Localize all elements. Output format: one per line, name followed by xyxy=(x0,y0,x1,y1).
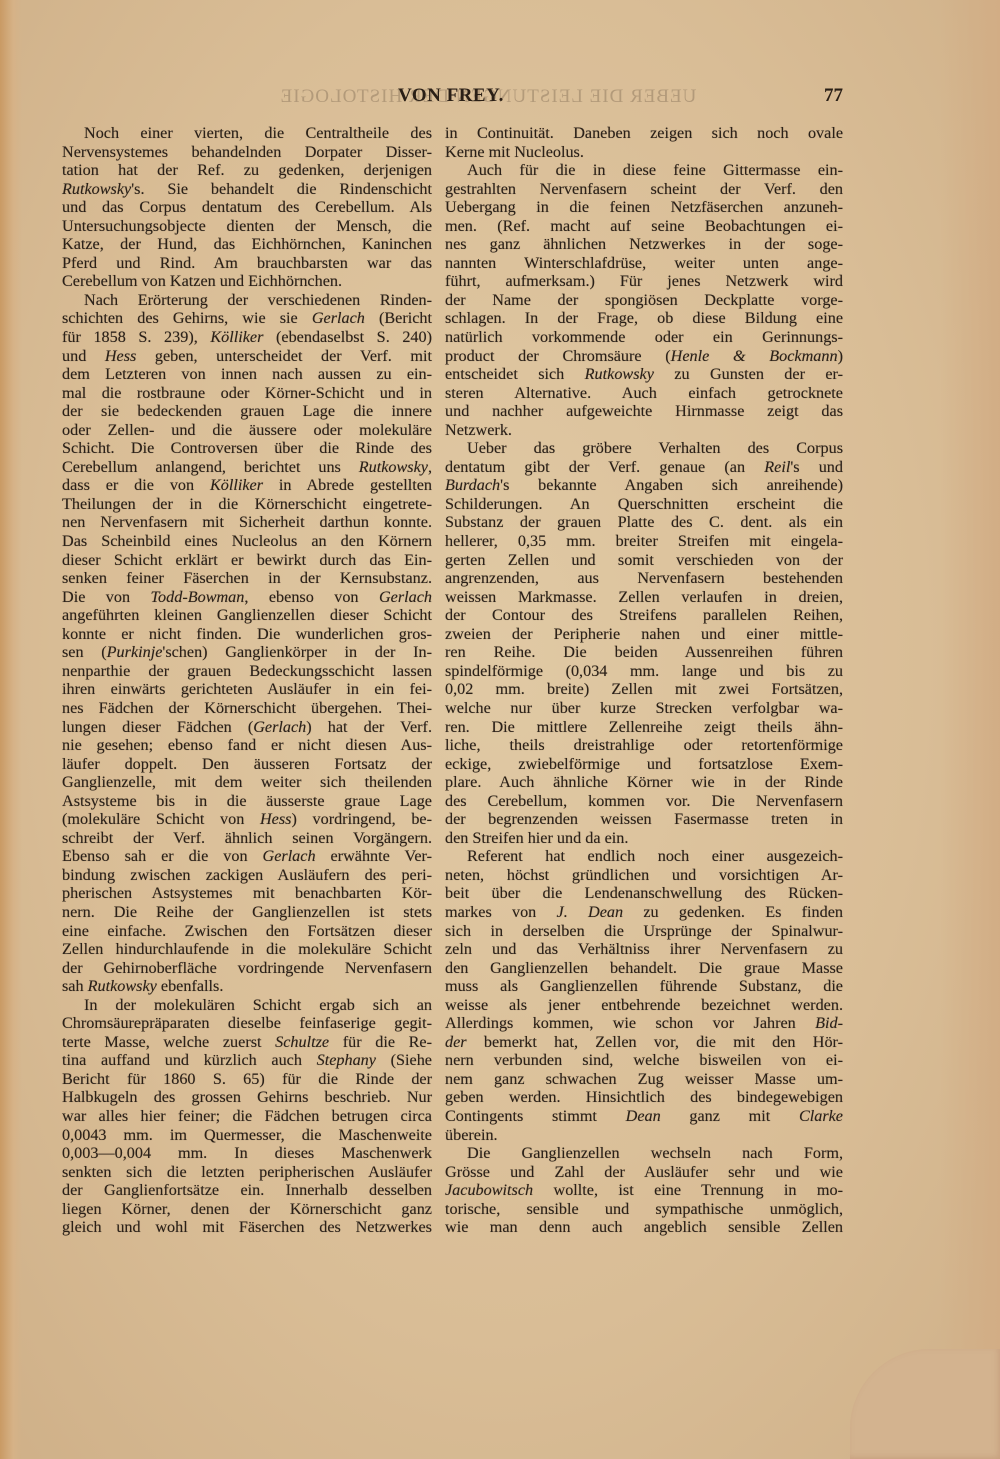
text-line: nen Nervenfasern mit Sicherheit darthun … xyxy=(62,513,432,532)
text-line: liche, theils dreistrahlige oder retorte… xyxy=(445,736,843,755)
text-line: Schilderungen. An Querschnitten erschein… xyxy=(445,495,843,514)
left-text-column: Noch einer vierten, die Centraltheile de… xyxy=(62,124,432,1237)
text-line: Referent hat endlich noch einer ausgezei… xyxy=(445,847,843,866)
text-line: Die von Todd-Bowman, ebenso von Gerlach xyxy=(62,588,432,607)
text-line: nes Fädchen der Körnerschicht übergehen.… xyxy=(62,699,432,718)
text-line: lungen dieser Fädchen (Gerlach) hat der … xyxy=(62,718,432,737)
text-line: des Cerebellum, kommen vor. Die Nervenfa… xyxy=(445,792,843,811)
text-line: Ebenso sah er die von Gerlach erwähnte V… xyxy=(62,847,432,866)
text-line: Auch für die in diese feine Gittermasse … xyxy=(445,161,843,180)
text-line: der bemerkt hat, Zellen vor, die mit den… xyxy=(445,1033,843,1052)
text-line: muss als Ganglienzellen führende Substan… xyxy=(445,977,843,996)
text-line: In der molekulären Schicht ergab sich an xyxy=(62,996,432,1015)
text-line: der Ganglienfortsätze ein. Innerhalb des… xyxy=(62,1181,432,1200)
text-line: oder Zellen- und die äussere oder moleku… xyxy=(62,421,432,440)
text-line: eckige, zwiebelförmige und fortsatzlose … xyxy=(445,755,843,774)
text-line: Uebergang in die feinen Netzfäserchen an… xyxy=(445,198,843,217)
text-line: Contingents stimmt Dean ganz mit Clarke xyxy=(445,1107,843,1126)
text-line: in Continuität. Daneben zeigen sich noch… xyxy=(445,124,843,143)
text-line: terte Masse, welche zuerst Schultze für … xyxy=(62,1033,432,1052)
text-line: läufer doppelt. Den äusseren Fortsatz de… xyxy=(62,755,432,774)
text-line: sich in derselben die Ursprünge der Spin… xyxy=(445,922,843,941)
text-line: gestrahlten Nervenfasern scheint der Ver… xyxy=(445,180,843,199)
text-line: der Contour des Streifens parallelen Rei… xyxy=(445,606,843,625)
text-line: liegen Körner, denen der Körnerschicht g… xyxy=(62,1200,432,1219)
text-line: Substanz der grauen Platte des C. dent. … xyxy=(445,513,843,532)
text-line: Die Ganglienzellen wechseln nach Form, xyxy=(445,1144,843,1163)
text-line: nem ganz schwachen Zug weisser Masse um- xyxy=(445,1070,843,1089)
text-line: mal die rostbraune oder Körner-Schicht u… xyxy=(62,384,432,403)
text-line: tation hat der Ref. zu gedenken, derjeni… xyxy=(62,161,432,180)
page-number: 77 xyxy=(824,85,843,107)
text-line: zweien der Peripherie nahen und einer mi… xyxy=(445,625,843,644)
text-line: 0,0043 mm. im Quermesser, die Maschenwei… xyxy=(62,1126,432,1145)
text-line: Bericht für 1860 S. 65) für die Rinde de… xyxy=(62,1070,432,1089)
text-line: ren Reihe. Die beiden Aussenreihen führe… xyxy=(445,643,843,662)
text-line: geben werden. Hinsichtlich des bindegewe… xyxy=(445,1088,843,1107)
text-line: 0,003—0,004 mm. In dieses Maschenwerk xyxy=(62,1144,432,1163)
text-line: nie gesehen; ebenso fand er nicht diesen… xyxy=(62,736,432,755)
text-line: Untersuchungsobjecte dienten der Mensch,… xyxy=(62,217,432,236)
text-line: dieser Schicht erklärt er bewirkt durch … xyxy=(62,551,432,570)
text-line: schreibt der Verf. ähnlich seinen Vorgän… xyxy=(62,829,432,848)
text-line: überein. xyxy=(445,1126,843,1145)
text-line: nes ganz ähnlichen Netzwerkes in der sog… xyxy=(445,235,843,254)
text-line: Cerebellum anlangend, berichtet uns Rutk… xyxy=(62,458,432,477)
text-line: markes von J. Dean zu gedenken. Es finde… xyxy=(445,903,843,922)
text-line: nern verbunden sind, welche bisweilen vo… xyxy=(445,1051,843,1070)
text-line: Zellen hindurchlaufende in die molekulär… xyxy=(62,940,432,959)
text-line: und nachher aufgeweichte Hirnmasse zeigt… xyxy=(445,402,843,421)
text-line: torische, sensible und sympathische unmö… xyxy=(445,1200,843,1219)
text-line: Schicht. Die Controversen über die Rinde… xyxy=(62,439,432,458)
text-line: tina auffand und kürzlich auch Stephany … xyxy=(62,1051,432,1070)
text-line: schichten des Gehirns, wie sie Gerlach (… xyxy=(62,309,432,328)
text-line: ihren einwärts gerichteten Ausläufer in … xyxy=(62,680,432,699)
text-line: Grösse und Zahl der Ausläufer sehr und w… xyxy=(445,1163,843,1182)
text-line: men. (Ref. macht auf seine Beobachtungen… xyxy=(445,217,843,236)
text-line: hellerer, 0,35 mm. breiter Streifen mit … xyxy=(445,532,843,551)
text-line: steren Alternative. Auch einfach getrock… xyxy=(445,384,843,403)
text-line: Nervensystemes behandelnden Dorpater Dis… xyxy=(62,143,432,162)
text-line: den Streifen hier und da ein. xyxy=(445,829,843,848)
text-line: 0,02 mm. breite) Zellen mit zwei Fortsät… xyxy=(445,680,843,699)
text-line: der sie bedeckenden grauen Lage die inne… xyxy=(62,402,432,421)
text-line: angrenzenden, aus Nervenfasern bestehend… xyxy=(445,569,843,588)
text-line: entscheidet sich Rutkowsky zu Gunsten de… xyxy=(445,365,843,384)
text-line: Das Scheinbild eines Nucleolus an den Kö… xyxy=(62,532,432,551)
text-line: welche nur über kurze Strecken verfolgba… xyxy=(445,699,843,718)
text-line: der Gehirnoberfläche vordringende Nerven… xyxy=(62,959,432,978)
text-line: Halbkugeln des grossen Gehirns beschrieb… xyxy=(62,1088,432,1107)
text-line: der begrenzenden weissen Fasermasse tret… xyxy=(445,810,843,829)
right-text-column: in Continuität. Daneben zeigen sich noch… xyxy=(445,124,843,1237)
text-line: Netzwerk. xyxy=(445,421,843,440)
text-line: führt, aufmerksam.) Für jenes Netzwerk w… xyxy=(445,272,843,291)
text-line: gerten Zellen und somit verschieden von … xyxy=(445,551,843,570)
running-header: UEBER DIE LEISTUNGEN DER HISTOLOGIE VON … xyxy=(228,82,843,112)
text-line: Rutkowsky's. Sie behandelt die Rindensch… xyxy=(62,180,432,199)
text-line: dem Letzteren von innen nach aussen zu e… xyxy=(62,365,432,384)
text-line: Burdach's bekannte Angaben sich anreihen… xyxy=(445,476,843,495)
text-line: den Ganglienzellen behandelt. Die graue … xyxy=(445,959,843,978)
text-line: wie man denn auch angeblich sensible Zel… xyxy=(445,1218,843,1237)
text-line: Kerne mit Nucleolus. xyxy=(445,143,843,162)
text-line: Cerebellum von Katzen und Eichhörnchen. xyxy=(62,272,432,291)
text-line: der Name der spongiösen Deckplatte vorge… xyxy=(445,291,843,310)
text-line: spindelförmige (0,034 mm. lange und bis … xyxy=(445,662,843,681)
text-line: senkten sich die letzten peripherischen … xyxy=(62,1163,432,1182)
text-line: angeführten kleinen Ganglienzellen diese… xyxy=(62,606,432,625)
running-title: VON FREY. xyxy=(398,85,504,107)
page-corner-fold xyxy=(850,1349,1000,1459)
text-line: war alles hier feiner; die Fädchen betru… xyxy=(62,1107,432,1126)
text-line: nenparthie der grauen Bedeckungsschicht … xyxy=(62,662,432,681)
text-line: Astsysteme bis in die äusserste graue La… xyxy=(62,792,432,811)
text-line: weisse als jener entbehrende bezeichnet … xyxy=(445,996,843,1015)
text-line: schlagen. In der Frage, ob diese Bildung… xyxy=(445,309,843,328)
text-line: beit über die Lendenanschwellung des Rüc… xyxy=(445,884,843,903)
text-line: sah Rutkowsky ebenfalls. xyxy=(62,977,432,996)
text-line: Theilungen der in die Körnerschicht eing… xyxy=(62,495,432,514)
text-line: für 1858 S. 239), Kölliker (ebendaselbst… xyxy=(62,328,432,347)
text-line: pherischen Astsystemes mit benachbarten … xyxy=(62,884,432,903)
text-line: Chromsäurepräparaten dieselbe feinfaseri… xyxy=(62,1014,432,1033)
text-line: Pferd und Rind. Am brauchbarsten war das xyxy=(62,254,432,273)
text-line: nannten Winterschlafdrüse, weiter unten … xyxy=(445,254,843,273)
text-line: und Hess geben, unterscheidet der Verf. … xyxy=(62,347,432,366)
text-line: ren. Die mittlere Zellenreihe zeigt thei… xyxy=(445,718,843,737)
page-right-edge-shadow xyxy=(940,0,1000,1459)
text-line: bindung zwischen zackigen Ausläufern des… xyxy=(62,866,432,885)
text-line: product der Chromsäure (Henle & Bockmann… xyxy=(445,347,843,366)
text-line: Nach Erörterung der verschiedenen Rinden… xyxy=(62,291,432,310)
text-line: zeln und das Verhältniss ihrer Nervenfas… xyxy=(445,940,843,959)
text-line: Ganglienzelle, mit dem weiter sich theil… xyxy=(62,773,432,792)
text-line: sen (Purkinje'schen) Ganglienkörper in d… xyxy=(62,643,432,662)
text-line: dass er die von Kölliker in Abrede geste… xyxy=(62,476,432,495)
text-line: weissen Markmasse. Zellen verlaufen in d… xyxy=(445,588,843,607)
page-left-edge-shadow xyxy=(0,0,22,1459)
text-line: gleich und wohl mit Fäserchen des Netzwe… xyxy=(62,1218,432,1237)
text-line: (molekuläre Schicht von Hess) vordringen… xyxy=(62,810,432,829)
text-line: Katze, der Hund, das Eichhörnchen, Kanin… xyxy=(62,235,432,254)
text-line: senken feiner Fäserchen in der Kernsubst… xyxy=(62,569,432,588)
text-line: eine einfache. Zwischen den Fortsätzen d… xyxy=(62,922,432,941)
text-line: Allerdings kommen, wie schon vor Jahren … xyxy=(445,1014,843,1033)
text-line: Ueber das gröbere Verhalten des Corpus xyxy=(445,439,843,458)
text-line: und das Corpus dentatum des Cerebellum. … xyxy=(62,198,432,217)
text-line: Noch einer vierten, die Centraltheile de… xyxy=(62,124,432,143)
text-line: nern. Die Reihe der Ganglienzellen ist s… xyxy=(62,903,432,922)
text-line: Jacubowitsch wollte, ist eine Trennung i… xyxy=(445,1181,843,1200)
text-line: plare. Auch ähnliche Körner wie in der R… xyxy=(445,773,843,792)
text-line: neten, höchst gründlichen und vorsichtig… xyxy=(445,866,843,885)
text-line: natürlich vorkommende oder ein Gerinnung… xyxy=(445,328,843,347)
text-line: dentatum gibt der Verf. genaue (an Reil'… xyxy=(445,458,843,477)
text-line: konnte er nicht finden. Die wunderlichen… xyxy=(62,625,432,644)
